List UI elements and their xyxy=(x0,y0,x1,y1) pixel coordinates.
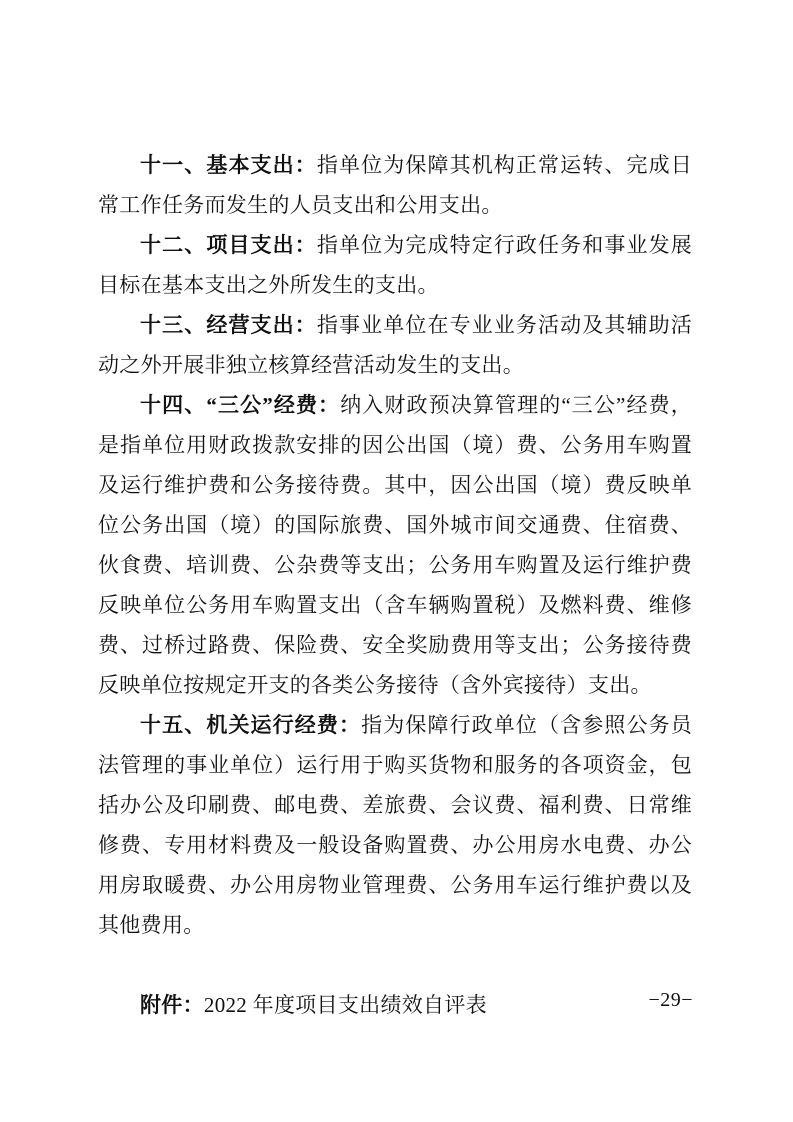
document-page: 十一、基本支出：指单位为保障其机构正常运转、完成日常工作任务而发生的人员支出和公… xyxy=(0,0,793,1122)
paragraph-three-public-funds-text: 纳入财政预决算管理的“三公”经费，是指单位用财政拨款安排的因公出国（境）费、公务… xyxy=(98,393,692,697)
paragraph-agency-operating-funds-text: 指为保障行政单位（含参照公务员法管理的事业单位）运行用于购买货物和服务的各项资金… xyxy=(98,713,692,937)
paragraph-basic-expenditure: 十一、基本支出：指单位为保障其机构正常运转、完成日常工作任务而发生的人员支出和公… xyxy=(98,145,692,225)
paragraph-three-public-funds-label: 十四、“三公”经费： xyxy=(140,393,340,417)
paragraph-operating-expenditure-label: 十三、经营支出： xyxy=(140,313,317,337)
paragraph-project-expenditure-label: 十二、项目支出： xyxy=(140,233,317,257)
paragraph-basic-expenditure-label: 十一、基本支出： xyxy=(140,153,317,177)
paragraph-operating-expenditure: 十三、经营支出：指事业单位在专业业务活动及其辅助活动之外开展非独立核算经营活动发… xyxy=(98,305,692,385)
paragraph-agency-operating-funds: 十五、机关运行经费：指为保障行政单位（含参照公务员法管理的事业单位）运行用于购买… xyxy=(98,705,692,945)
paragraph-agency-operating-funds-label: 十五、机关运行经费： xyxy=(140,713,361,737)
attachment-text: 2022 年度项目支出绩效自评表 xyxy=(204,993,487,1017)
page-number: −29− xyxy=(648,989,693,1012)
paragraph-project-expenditure: 十二、项目支出：指单位为完成特定行政任务和事业发展目标在基本支出之外所发生的支出… xyxy=(98,225,692,305)
paragraph-three-public-funds: 十四、“三公”经费：纳入财政预决算管理的“三公”经费，是指单位用财政拨款安排的因… xyxy=(98,385,692,705)
attachment-label: 附件： xyxy=(140,993,204,1017)
document-content: 十一、基本支出：指单位为保障其机构正常运转、完成日常工作任务而发生的人员支出和公… xyxy=(98,145,692,1025)
attachment-line: 附件：2022 年度项目支出绩效自评表 xyxy=(98,985,692,1025)
